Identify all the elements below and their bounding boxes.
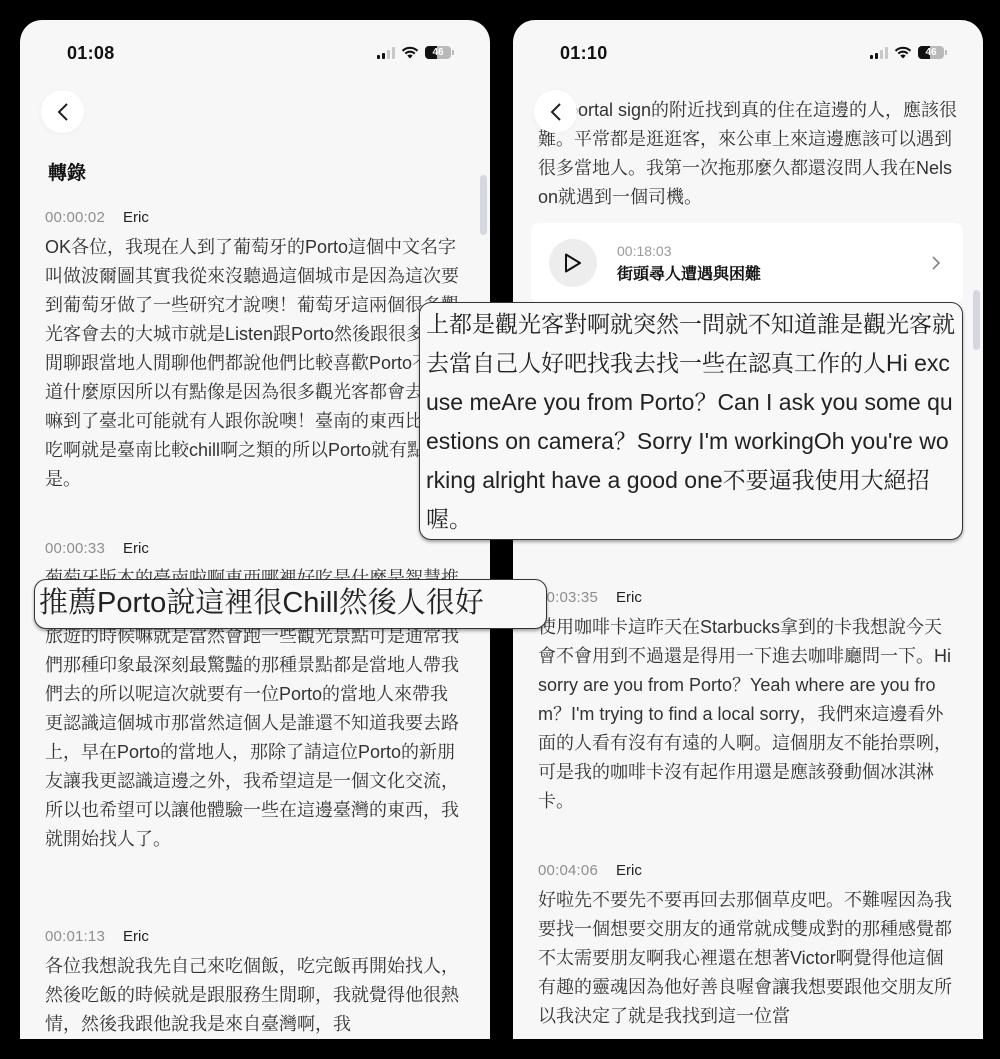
status-time: 01:10	[560, 43, 608, 64]
status-time: 01:08	[67, 43, 115, 64]
entry-speaker: Eric	[123, 209, 149, 226]
battery-cap	[452, 50, 454, 55]
chapter-card[interactable]: 00:18:03 街頭尋人遭遇與困難	[531, 223, 963, 303]
transcript-entry[interactable]: portal sign的附近找到真的住在這邊的人，應該很難。平常都是逛逛客，來公…	[538, 96, 958, 212]
entry-text: portal sign的附近找到真的住在這邊的人，應該很難。平常都是逛逛客，來公…	[538, 96, 958, 212]
status-bar: 01:08 46	[20, 20, 490, 90]
signal-icon	[870, 47, 888, 59]
entry-text: OK各位，我現在人到了葡萄牙的Porto這個中文名字叫做波爾圖其實我從來沒聽過這…	[45, 233, 465, 494]
subtitle-caption-large: 上都是觀光客對啊就突然一問就不知道誰是觀光客就去當自己人好吧找我去找一些在認真工…	[419, 302, 963, 540]
entry-meta: 00:03:35 Eric	[538, 587, 958, 607]
chevron-left-icon	[549, 102, 563, 122]
entry-text: 好啦先不要先不要再回去那個草皮吧。不難喔因為我要找一個想要交朋友的通常就成雙成對…	[538, 886, 958, 1031]
entry-timestamp[interactable]: 00:00:02	[45, 209, 105, 226]
play-button[interactable]	[549, 239, 597, 287]
back-button[interactable]	[534, 90, 577, 133]
entry-timestamp[interactable]: 00:01:13	[45, 928, 105, 945]
scrollbar[interactable]	[480, 175, 487, 235]
entry-speaker: Eric	[123, 540, 149, 557]
entry-meta: 00:04:06 Eric	[538, 860, 958, 880]
entry-text: 使用咖啡卡這昨天在Starbucks拿到的卡我想說今天會不會用到不過還是得用一下…	[538, 613, 958, 816]
battery-cap	[945, 50, 947, 55]
status-bar: 01:10 46	[513, 20, 983, 90]
subtitle-caption-small: 推薦Porto說這裡很Chill然後人很好	[34, 579, 547, 629]
status-icons: 46	[377, 46, 454, 59]
entry-meta: 00:01:13 Eric	[45, 926, 465, 946]
entry-timestamp[interactable]: 00:04:06	[538, 862, 598, 879]
entry-speaker: Eric	[616, 862, 642, 879]
chapter-title: 街頭尋人遭遇與困難	[617, 261, 931, 284]
chapter-timestamp: 00:18:03	[617, 243, 931, 259]
chevron-left-icon	[56, 102, 70, 122]
scrollbar[interactable]	[973, 290, 980, 350]
entry-speaker: Eric	[616, 589, 642, 606]
back-button[interactable]	[41, 90, 84, 133]
entry-timestamp[interactable]: 00:00:33	[45, 540, 105, 557]
status-icons: 46	[870, 46, 947, 59]
battery-icon: 46	[918, 46, 944, 59]
entry-meta: 00:00:02 Eric	[45, 207, 465, 227]
play-icon	[564, 253, 582, 273]
transcript-entry[interactable]: 00:04:06 Eric 好啦先不要先不要再回去那個草皮吧。不難喔因為我要找一…	[538, 860, 958, 1031]
transcript-entry[interactable]: 00:01:13 Eric 各位我想說我先自己來吃個飯，吃完飯再開始找人，然後吃…	[45, 926, 465, 1039]
signal-icon	[377, 47, 395, 59]
entry-timestamp[interactable]: 00:03:35	[538, 589, 598, 606]
wifi-icon	[894, 46, 912, 59]
entry-speaker: Eric	[123, 928, 149, 945]
battery-icon: 46	[425, 46, 451, 59]
transcript-entry[interactable]: 00:03:35 Eric 使用咖啡卡這昨天在Starbucks拿到的卡我想說今…	[538, 587, 958, 816]
entry-meta: 00:00:33 Eric	[45, 538, 465, 558]
chapter-info: 00:18:03 街頭尋人遭遇與困難	[617, 243, 931, 284]
page-title: 轉錄	[48, 158, 86, 185]
chevron-right-icon	[931, 255, 941, 271]
entry-text: 各位我想說我先自己來吃個飯，吃完飯再開始找人，然後吃飯的時候就是跟服務生閒聊，我…	[45, 952, 465, 1039]
wifi-icon	[401, 46, 419, 59]
transcript-entry[interactable]: 00:00:02 Eric OK各位，我現在人到了葡萄牙的Porto這個中文名字…	[45, 207, 465, 494]
